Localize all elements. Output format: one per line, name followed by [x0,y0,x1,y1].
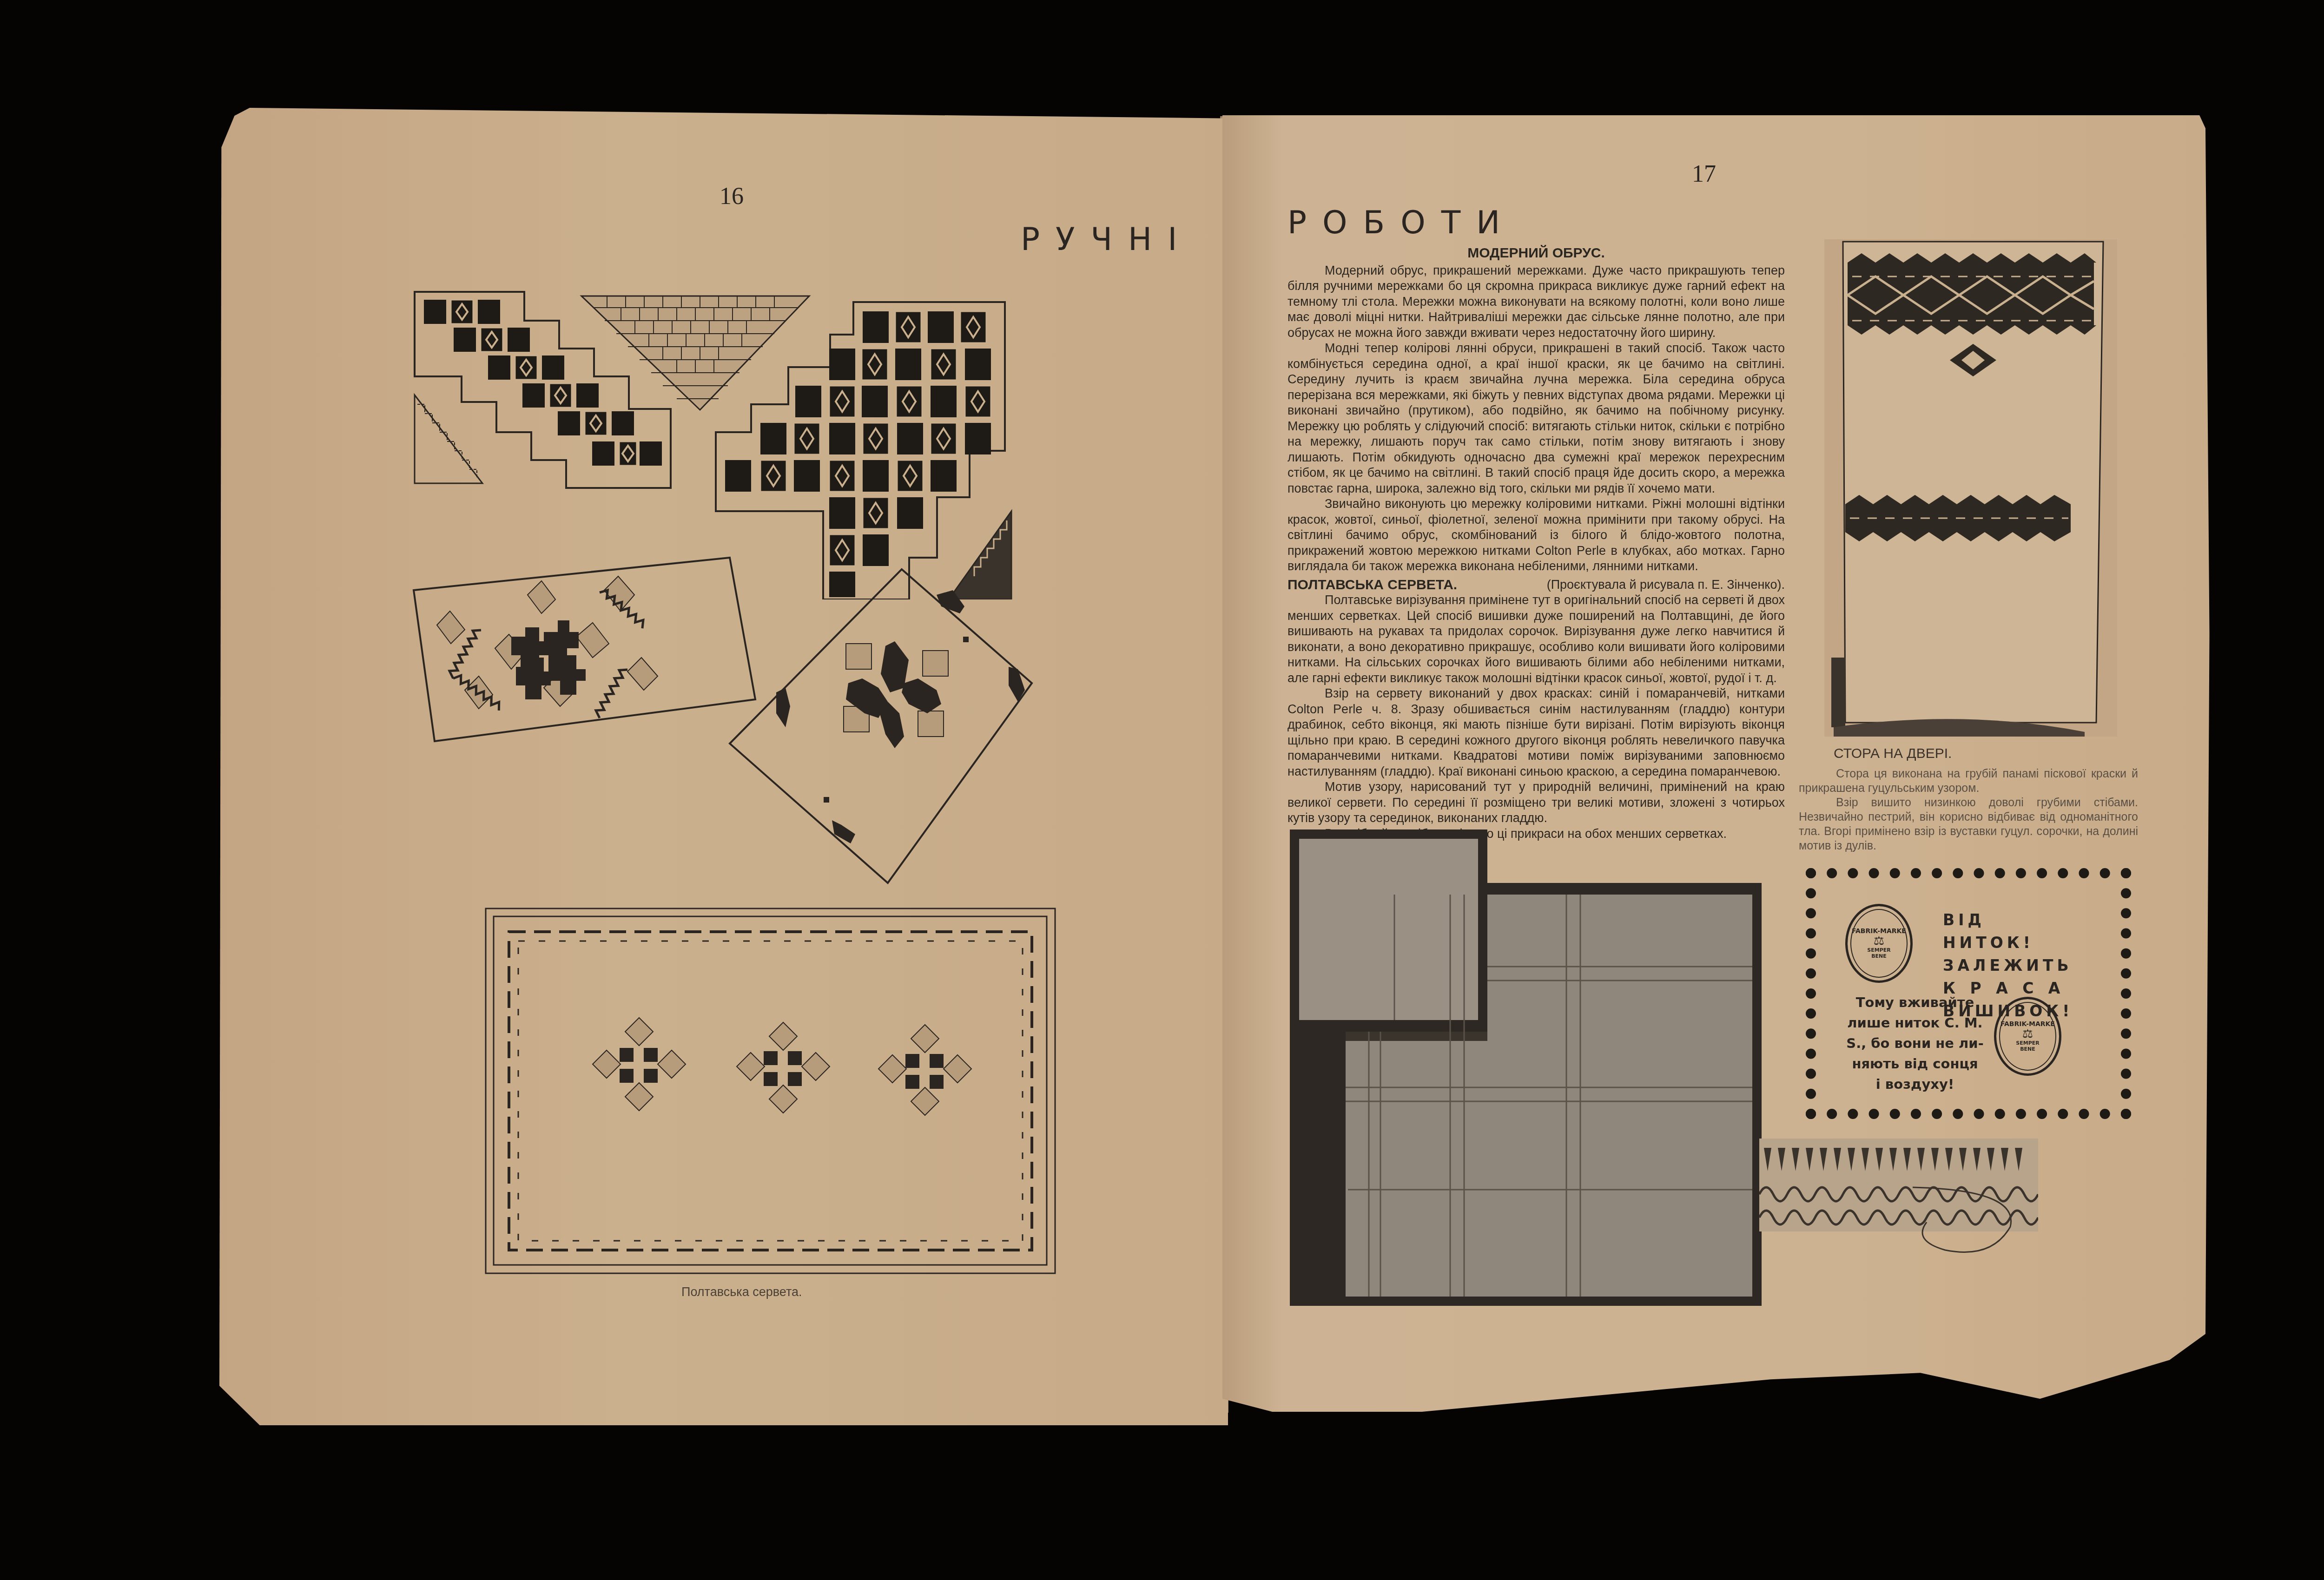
article2-paragraph: Взір на сервету виконаний у двох красках… [1287,686,1785,779]
scales-icon: ⚖ [2022,1028,2033,1040]
article-column: МОДЕРНИЙ ОБРУС. Модерний обрус, прикраше… [1287,242,1785,842]
figure-caption-poltava: Полтавська сервета. [681,1285,802,1299]
page-number-left: 16 [720,183,744,210]
scales-icon: ⚖ [1874,935,1884,947]
article1-paragraph: Звичайно виконують цю мережку коліровими… [1287,496,1785,574]
page-number-right: 17 [1692,160,1716,188]
small-napkin-1 [409,555,762,816]
heading-left: РУЧНІ [1021,221,1193,258]
article1-paragraph: Модерний обрус, прикрашений мережками. Д… [1287,263,1785,341]
modern-tablecloth-photo [1287,827,1762,1310]
stepped-cutwork-corner-large [714,297,1058,599]
article2-paragraph: Полтавське вирізування примінене тут в о… [1287,592,1785,686]
article2-heading-row: ПОЛТАВСЬКА СЕРВЕТА. (Проєктувала й рисув… [1287,577,1785,593]
curtain-caption: СТОРА НА ДВЕРІ. [1834,746,1952,762]
article2-credit: (Проєктувала й рисувала п. Е. Зінченко). [1547,577,1785,593]
article1-paragraph: Модні тепер колірові лянні обруси, прикр… [1287,341,1785,496]
article-title-poltava-napkin: ПОЛТАВСЬКА СЕРВЕТА. [1287,577,1457,593]
curtain-paragraph: Стора ця виконана на грубій панамі піско… [1799,767,2138,796]
small-napkin-2 [725,567,1050,892]
door-curtain-photo [1824,239,2117,737]
curtain-text: Стора ця виконана на грубій панамі піско… [1799,767,2138,853]
ad-body: Тому вживайте лише ниток С. М. S., бо во… [1845,992,1985,1094]
fabrik-marke-seal-icon: FABRIK-MARKE ⚖ SEMPER BENE [1845,904,1913,983]
heading-right: РОБОТИ [1287,204,1516,241]
article-title-modern-tablecloth: МОДЕРНИЙ ОБРУС. [1287,245,1785,261]
curtain-paragraph: Взір вишито низинкою доволі грубими стіб… [1799,796,2138,853]
article2-paragraph: Мотив узору, нарисований тут у природній… [1287,779,1785,826]
hemstitch-detail-photo [1759,1139,2038,1264]
poltava-napkin-large [483,906,1060,1278]
